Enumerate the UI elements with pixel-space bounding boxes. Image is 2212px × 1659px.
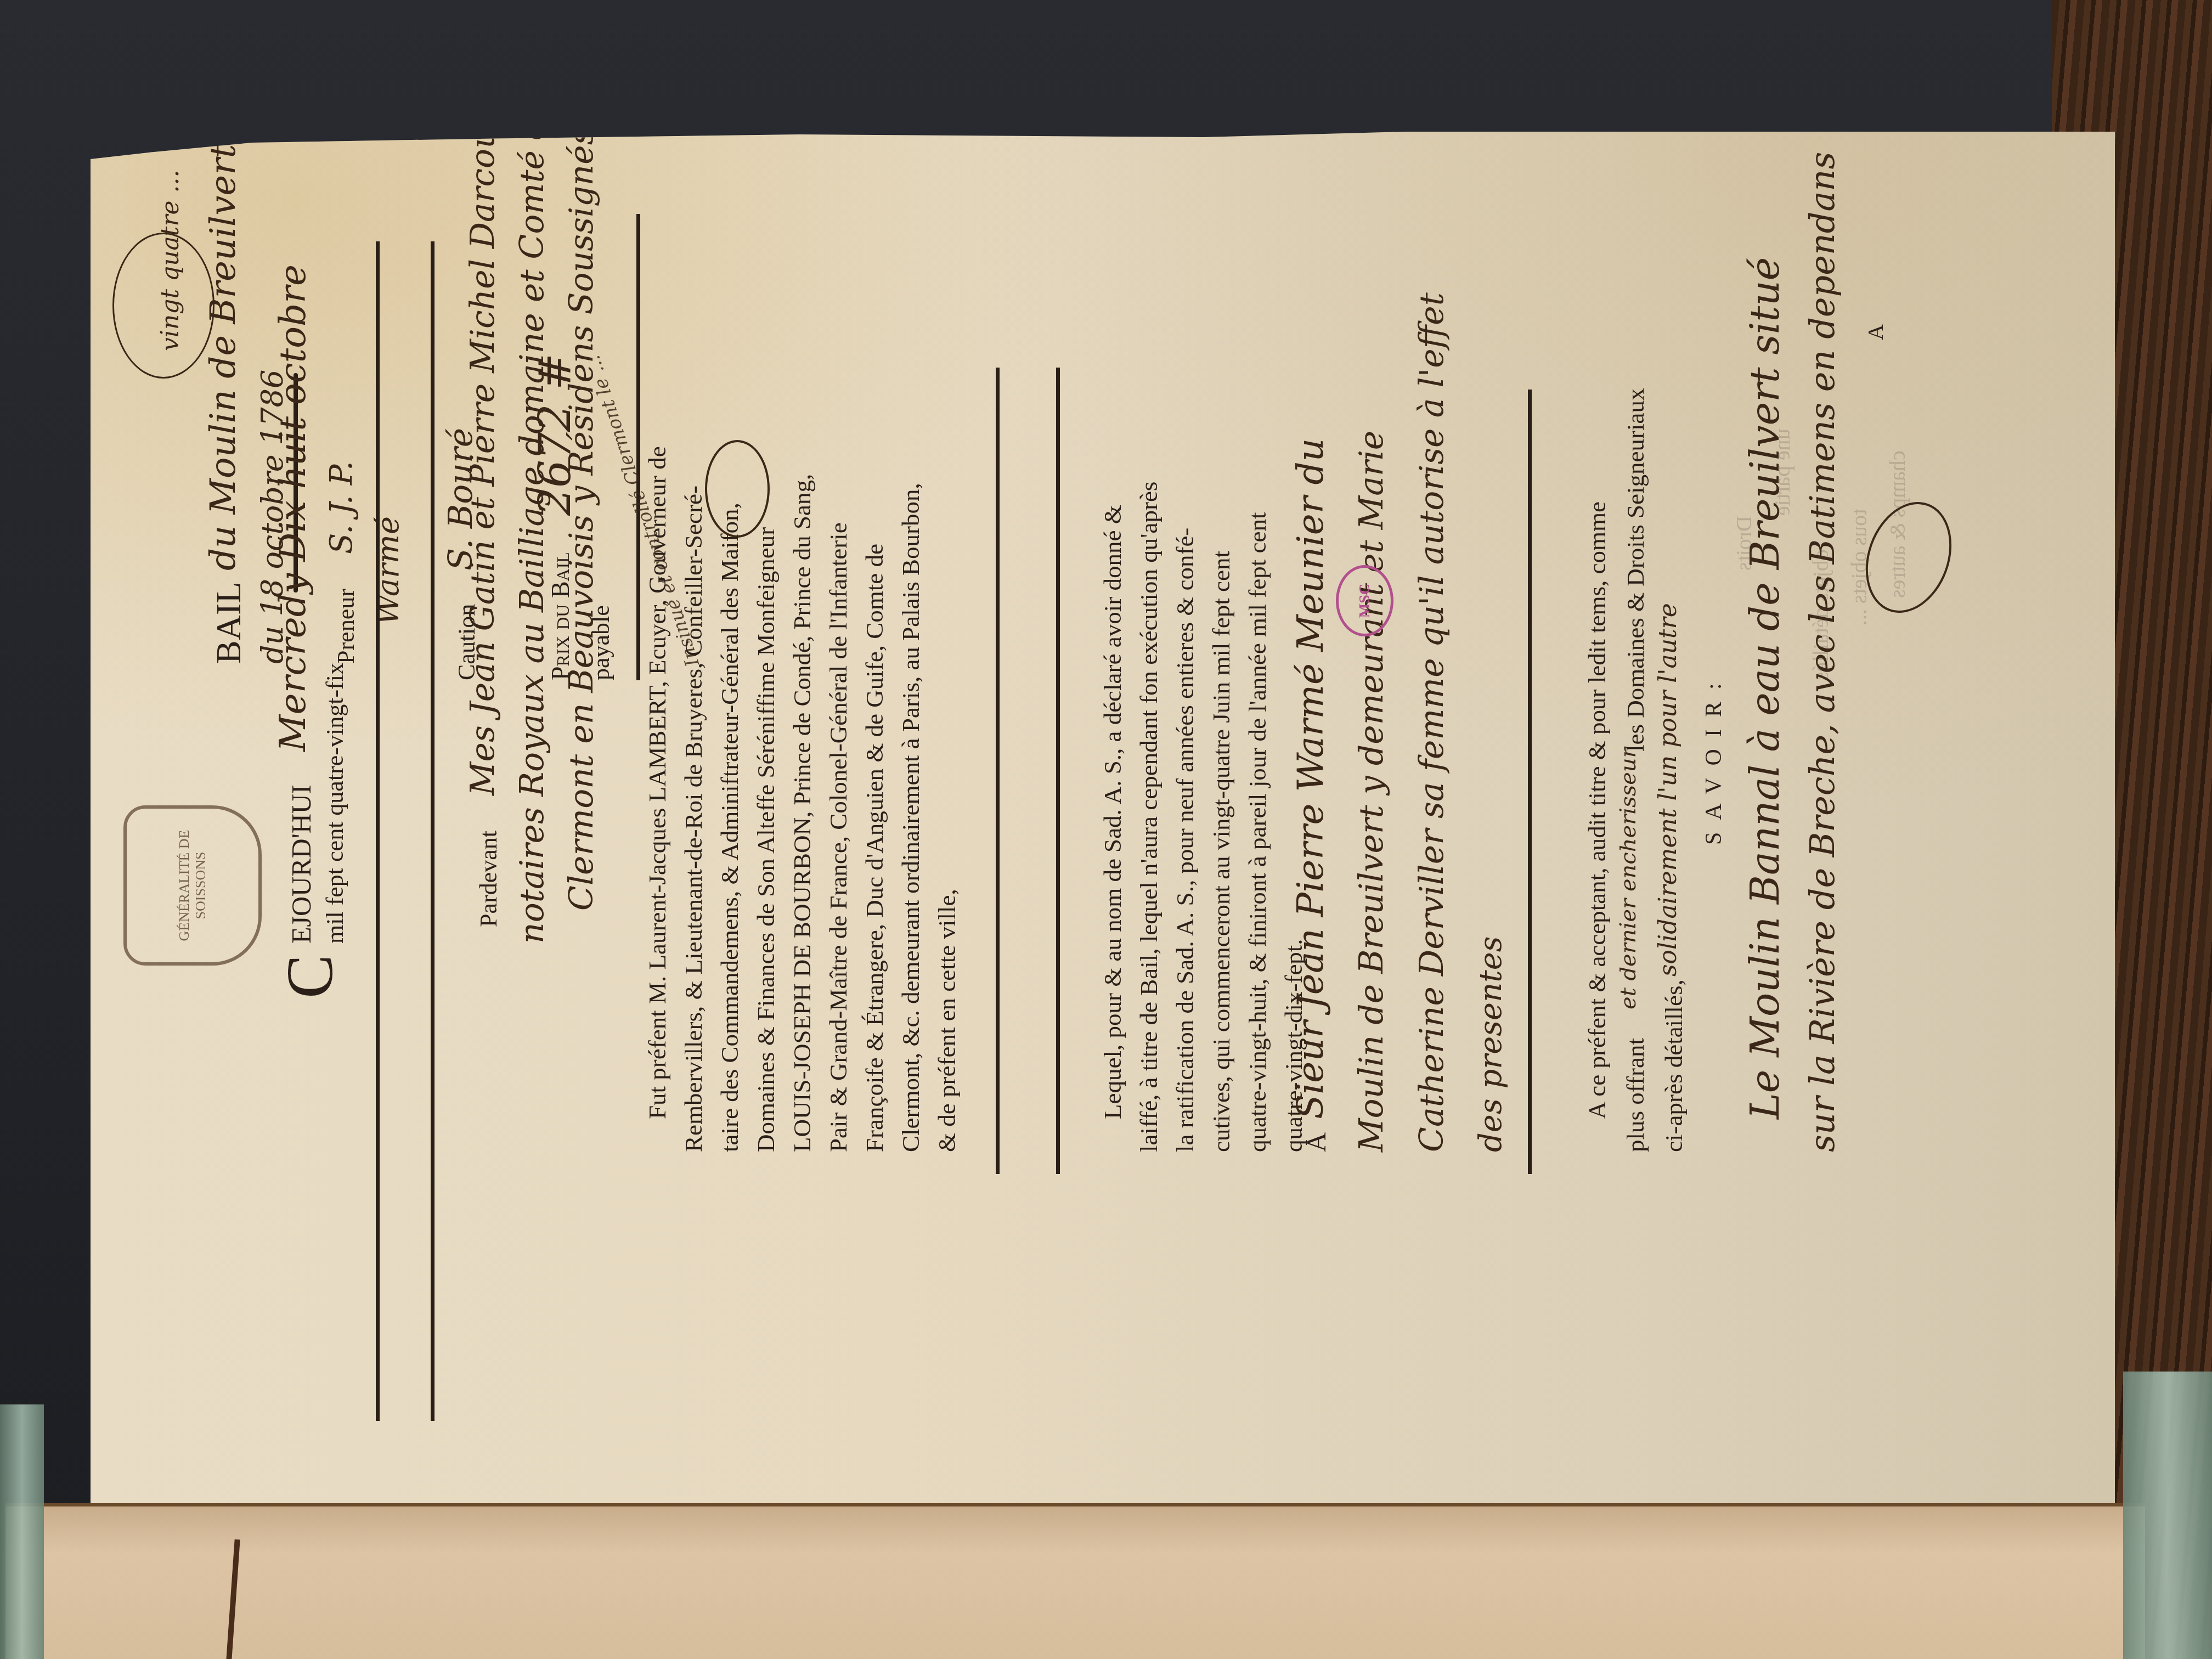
preneur-value: S. J. P. xyxy=(324,461,359,554)
text-line: Lequel, pour & au nom de Sad. A. S., a d… xyxy=(1094,422,1131,1152)
pardevant-residence: Clermont en Beauvoisis y Résidens Soussi… xyxy=(562,132,601,911)
preneur-label: Preneur xyxy=(332,589,360,664)
opening-year: mil fept cent quatre-vingt-fix xyxy=(321,663,349,944)
text-line: Fut préfent M. Laurent-Jacques LAMBERT, … xyxy=(639,422,675,1152)
bleed-through-text: une partie xyxy=(1769,428,1795,516)
text-line: taire des Commandemens, & Adminiftrateur… xyxy=(712,422,748,1152)
drop-cap: C xyxy=(277,955,343,998)
text-line: laiffé, à titre de Bail, lequel n'aura c… xyxy=(1131,422,1167,1152)
text-line: Pair & Grand-Maître de France, Colonel-G… xyxy=(820,422,856,1152)
underlying-page xyxy=(5,1503,2145,1659)
cejourdhui: EJOURD'HUI xyxy=(285,785,317,944)
preneur-clause-1: Sieur Jean Pierre Warmé Meunier du xyxy=(1289,438,1331,1119)
binding-ribbon-right xyxy=(2123,1372,2212,1659)
text-line: Domaines & Finances de Son Alteffe Sérén… xyxy=(748,422,784,1152)
acceptance-hand-3: solidairement l'un pour l'autre xyxy=(1654,603,1682,977)
acceptance-line-2b: les Domaines & Droits Seigneuriaux xyxy=(1621,388,1650,752)
title-bail: BAIL xyxy=(208,582,249,664)
fut-present-paragraph: Fut préfent M. Laurent-Jacques LAMBERT, … xyxy=(639,422,965,1152)
top-signature-flourish xyxy=(112,233,215,379)
opening-date-hand: Mercredy Dix huit octobre xyxy=(272,264,314,752)
a-label: A xyxy=(1300,1132,1332,1152)
tax-seal: GÉNÉRALITÉ DE SOISSONS xyxy=(123,805,262,966)
rule-3 xyxy=(996,368,1000,1174)
rule-5 xyxy=(1528,390,1532,1174)
lequel-paragraph: Lequel, pour & au nom de Sad. A. S., a d… xyxy=(1094,422,1312,1152)
bleed-through-text: objets détaillés xyxy=(1808,549,1833,680)
text-line: quatre-vingt-huit, & finiront à pareil j… xyxy=(1239,422,1276,1152)
acceptance-line-3a: ci-après détaillés, xyxy=(1660,979,1688,1152)
document-page: BAIL du Moulin de Breuilvert du 18 octob… xyxy=(91,132,2115,1503)
text-line: cutives, qui commenceront au vingt-quatr… xyxy=(1203,422,1239,1152)
text-line: Rembervillers, & Lieutenant-de-Roi de Br… xyxy=(675,422,712,1152)
bleed-through-text: champs & autres xyxy=(1884,450,1910,598)
seal-text: GÉNÉRALITÉ DE SOISSONS xyxy=(176,809,209,962)
rule-2 xyxy=(431,241,435,1421)
rule-4 xyxy=(1056,368,1060,1174)
text-line: & de préfent en cette ville, xyxy=(929,422,965,1152)
acceptance-hand-2: et dernier encherisseur xyxy=(1616,747,1641,1009)
bleed-through-text: Droits xyxy=(1731,516,1757,571)
savoir-heading: SAVOIR: xyxy=(1701,671,1727,845)
rule-1 xyxy=(376,241,380,1421)
text-line: Françoife & Étrangere, Duc d'Anguien & d… xyxy=(856,422,893,1152)
pardevant-bailliage: notaires Royaux au Bailliage domaine et … xyxy=(513,132,551,944)
signature-mark: A xyxy=(1863,324,1888,340)
preneur-clause-2: Moulin de Breuilvert y demeurant et Mari… xyxy=(1352,431,1391,1152)
acceptance-line-2a: plus offrant xyxy=(1621,1038,1650,1152)
preneur-clause-4: des presentes xyxy=(1473,936,1509,1152)
title-handwritten: du Moulin de Breuilvert xyxy=(203,144,244,571)
mill-description-1: Le Moulin Bannal à eau de Breuilvert sit… xyxy=(1742,257,1788,1119)
acceptance-line-1: A ce préfent & acceptant, audit titre & … xyxy=(1583,501,1611,1119)
text-line: Clermont, &c. demeurant ordinairement à … xyxy=(893,422,929,1152)
pardevant-notaries: Mes Jean Gatin et Pierre Michel Darcourt xyxy=(464,132,502,795)
rotated-text-frame: BAIL du Moulin de Breuilvert du 18 octob… xyxy=(91,132,2115,1503)
binding-ribbon-left xyxy=(0,1404,44,1659)
text-line: la ratification de Sad. A. S., pour neuf… xyxy=(1167,422,1203,1152)
bleed-through-text: tous objets ... xyxy=(1846,509,1872,625)
library-stamp: MSC xyxy=(1336,565,1393,636)
ink-mark xyxy=(226,1539,240,1659)
preneur-clause-3: Catherine Derviller sa femme qu'il autor… xyxy=(1413,292,1451,1152)
text-line: LOUIS-JOSEPH DE BOURBON, Prince de Condé… xyxy=(784,422,820,1152)
pardevant-label: Pardevant xyxy=(475,831,503,927)
